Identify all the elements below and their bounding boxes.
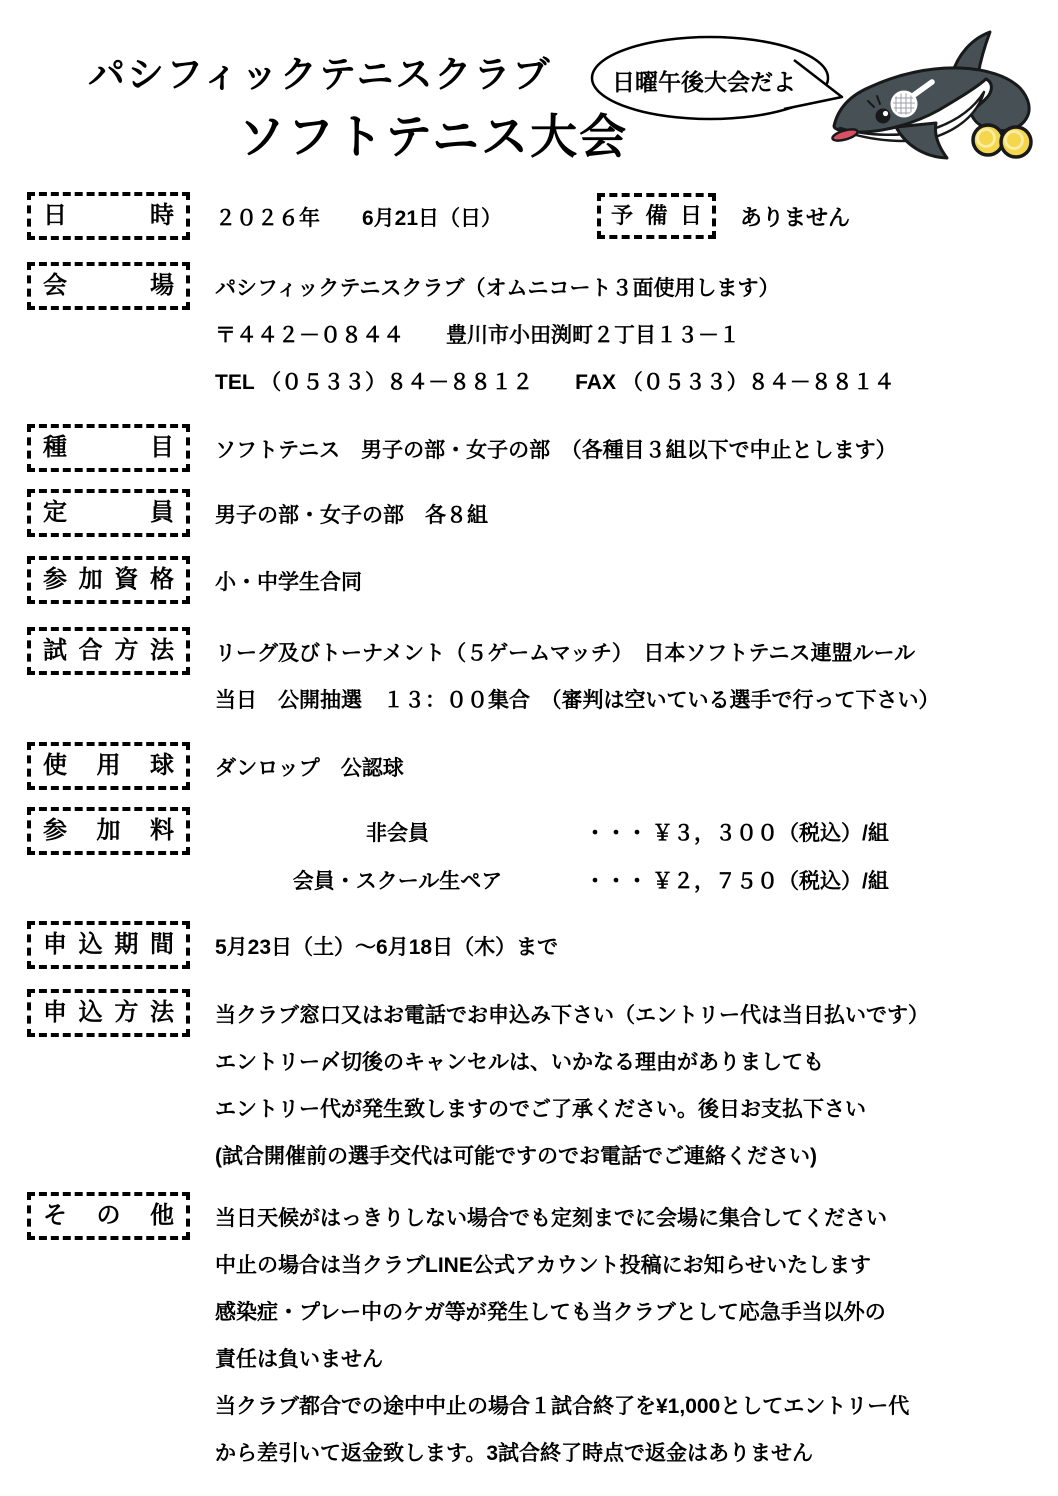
datetime-label-box: 日時 [27,192,190,240]
fee-name: 非会員 [215,817,580,847]
match-method-line: 当日 公開抽選 １３：００集合 （審判は空いている選手で行って下さい） [215,675,940,722]
other-line: 責任は負いません [215,1334,909,1381]
events-value: ソフトテニス 男子の部・女子の部 （各種目３組以下で中止とします） [215,425,897,472]
reserve-day-value: ありません [740,192,850,240]
other-label-box: その他 [27,1192,190,1240]
eligibility-content: 小・中学生合同 [215,557,362,604]
fee-row-member: 会員・スクール生ペア ・・・ ￥２，７５０（税込）/組 [215,856,889,904]
speech-bubble-text: 日曜午後大会だよ [612,64,796,97]
venue-content: パシフィックテニスクラブ（オムニコート３面使用します） 〒４４２－０８４４ 豊川… [215,263,895,404]
other-line: から差引いて返金致します。3試合終了時点で返金はありません [215,1428,909,1475]
club-name-title: パシフィックテニスクラブ [88,44,552,98]
apply-method-line: (試合開催前の選手交代は可能ですのでお電話でご連絡ください) [215,1131,929,1178]
match-method-content: リーグ及びトーナメント（５ゲームマッチ） 日本ソフトテニス連盟ルール 当日 公開… [215,628,940,722]
apply-method-line: 当クラブ窓口又はお電話でお申込み下さい（エントリー代は当日払いです） [215,990,929,1037]
fee-label-box: 参加料 [27,807,190,855]
eligibility-label-box: 参加資格 [27,556,190,604]
venue-label-box: 会場 [27,262,190,310]
ball-content: ダンロップ 公認球 [215,743,404,790]
datetime-content: ２０２６年 6月21日（日） [215,193,502,240]
dolphin-eye-highlight [883,111,888,116]
event-title: ソフトテニス大会 [238,100,628,167]
fee-content: 非会員 ・・・ ￥３，３００（税込）/組 会員・スクール生ペア ・・・ ￥２，７… [215,808,889,904]
venue-tel-fax: TEL （０５３３）８４－８８１２ FAX （０５３３）８４－８８１４ [215,357,895,404]
tournament-flyer-page: パシフィックテニスクラブ ソフトテニス大会 日曜午後大会だよ [0,0,1058,1496]
match-method-label-box: 試合方法 [27,627,190,675]
capacity-content: 男子の部・女子の部 各８組 [215,490,488,537]
period-value: 5月23日（土）～6月18日（木）まで [215,922,558,969]
apply-method-content: 当クラブ窓口又はお電話でお申込み下さい（エントリー代は当日払いです） エントリー… [215,990,929,1178]
eligibility-value: 小・中学生合同 [215,557,362,604]
apply-method-line: エントリー〆切後のキャンセルは、いかなる理由がありましても [215,1037,929,1084]
fee-dots: ・・・ [580,817,652,847]
ball-value: ダンロップ 公認球 [215,743,404,790]
other-line: 当クラブ都合での途中中止の場合１試合終了を¥1,000としてエントリー代 [215,1381,909,1428]
apply-method-line: エントリー代が発生致しますのでご了承ください。後日お支払下さい [215,1084,929,1131]
capacity-value: 男子の部・女子の部 各８組 [215,490,488,537]
other-content: 当日天候がはっきりしない場合でも定刻までに会場に集合してください 中止の場合は当… [215,1193,909,1475]
fee-dots: ・・・ [580,865,652,895]
fee-price: ￥２，７５０（税込）/組 [652,865,889,895]
datetime-value: ２０２６年 6月21日（日） [215,193,502,240]
venue-line: パシフィックテニスクラブ（オムニコート３面使用します） [215,263,895,310]
dolphin-mascot-illustration [826,28,1058,178]
apply-method-label-box: 申込方法 [27,989,190,1037]
capacity-label-box: 定員 [27,489,190,537]
match-method-line: リーグ及びトーナメント（５ゲームマッチ） 日本ソフトテニス連盟ルール [215,628,940,675]
events-label-box: 種目 [27,424,190,472]
fee-row-nonmember: 非会員 ・・・ ￥３，３００（税込）/組 [215,808,889,856]
ball-label-box: 使用球 [27,742,190,790]
events-content: ソフトテニス 男子の部・女子の部 （各種目３組以下で中止とします） [215,425,897,472]
reserve-day-label-box: 予備日 [597,193,716,239]
other-line: 中止の場合は当クラブLINE公式アカウント投稿にお知らせいたします [215,1240,909,1287]
dolphin-eye [876,109,891,124]
other-line: 当日天候がはっきりしない場合でも定刻までに会場に集合してください [215,1193,909,1240]
venue-address: 〒４４２－０８４４ 豊川市小田渕町２丁目１３－１ [215,310,895,357]
period-label-box: 申込期間 [27,921,190,969]
period-content: 5月23日（土）～6月18日（木）まで [215,922,558,969]
fee-price: ￥３，３００（税込）/組 [652,817,889,847]
fee-name: 会員・スクール生ペア [215,865,580,895]
other-line: 感染症・プレー中のケガ等が発生しても当クラブとして応急手当以外の [215,1287,909,1334]
